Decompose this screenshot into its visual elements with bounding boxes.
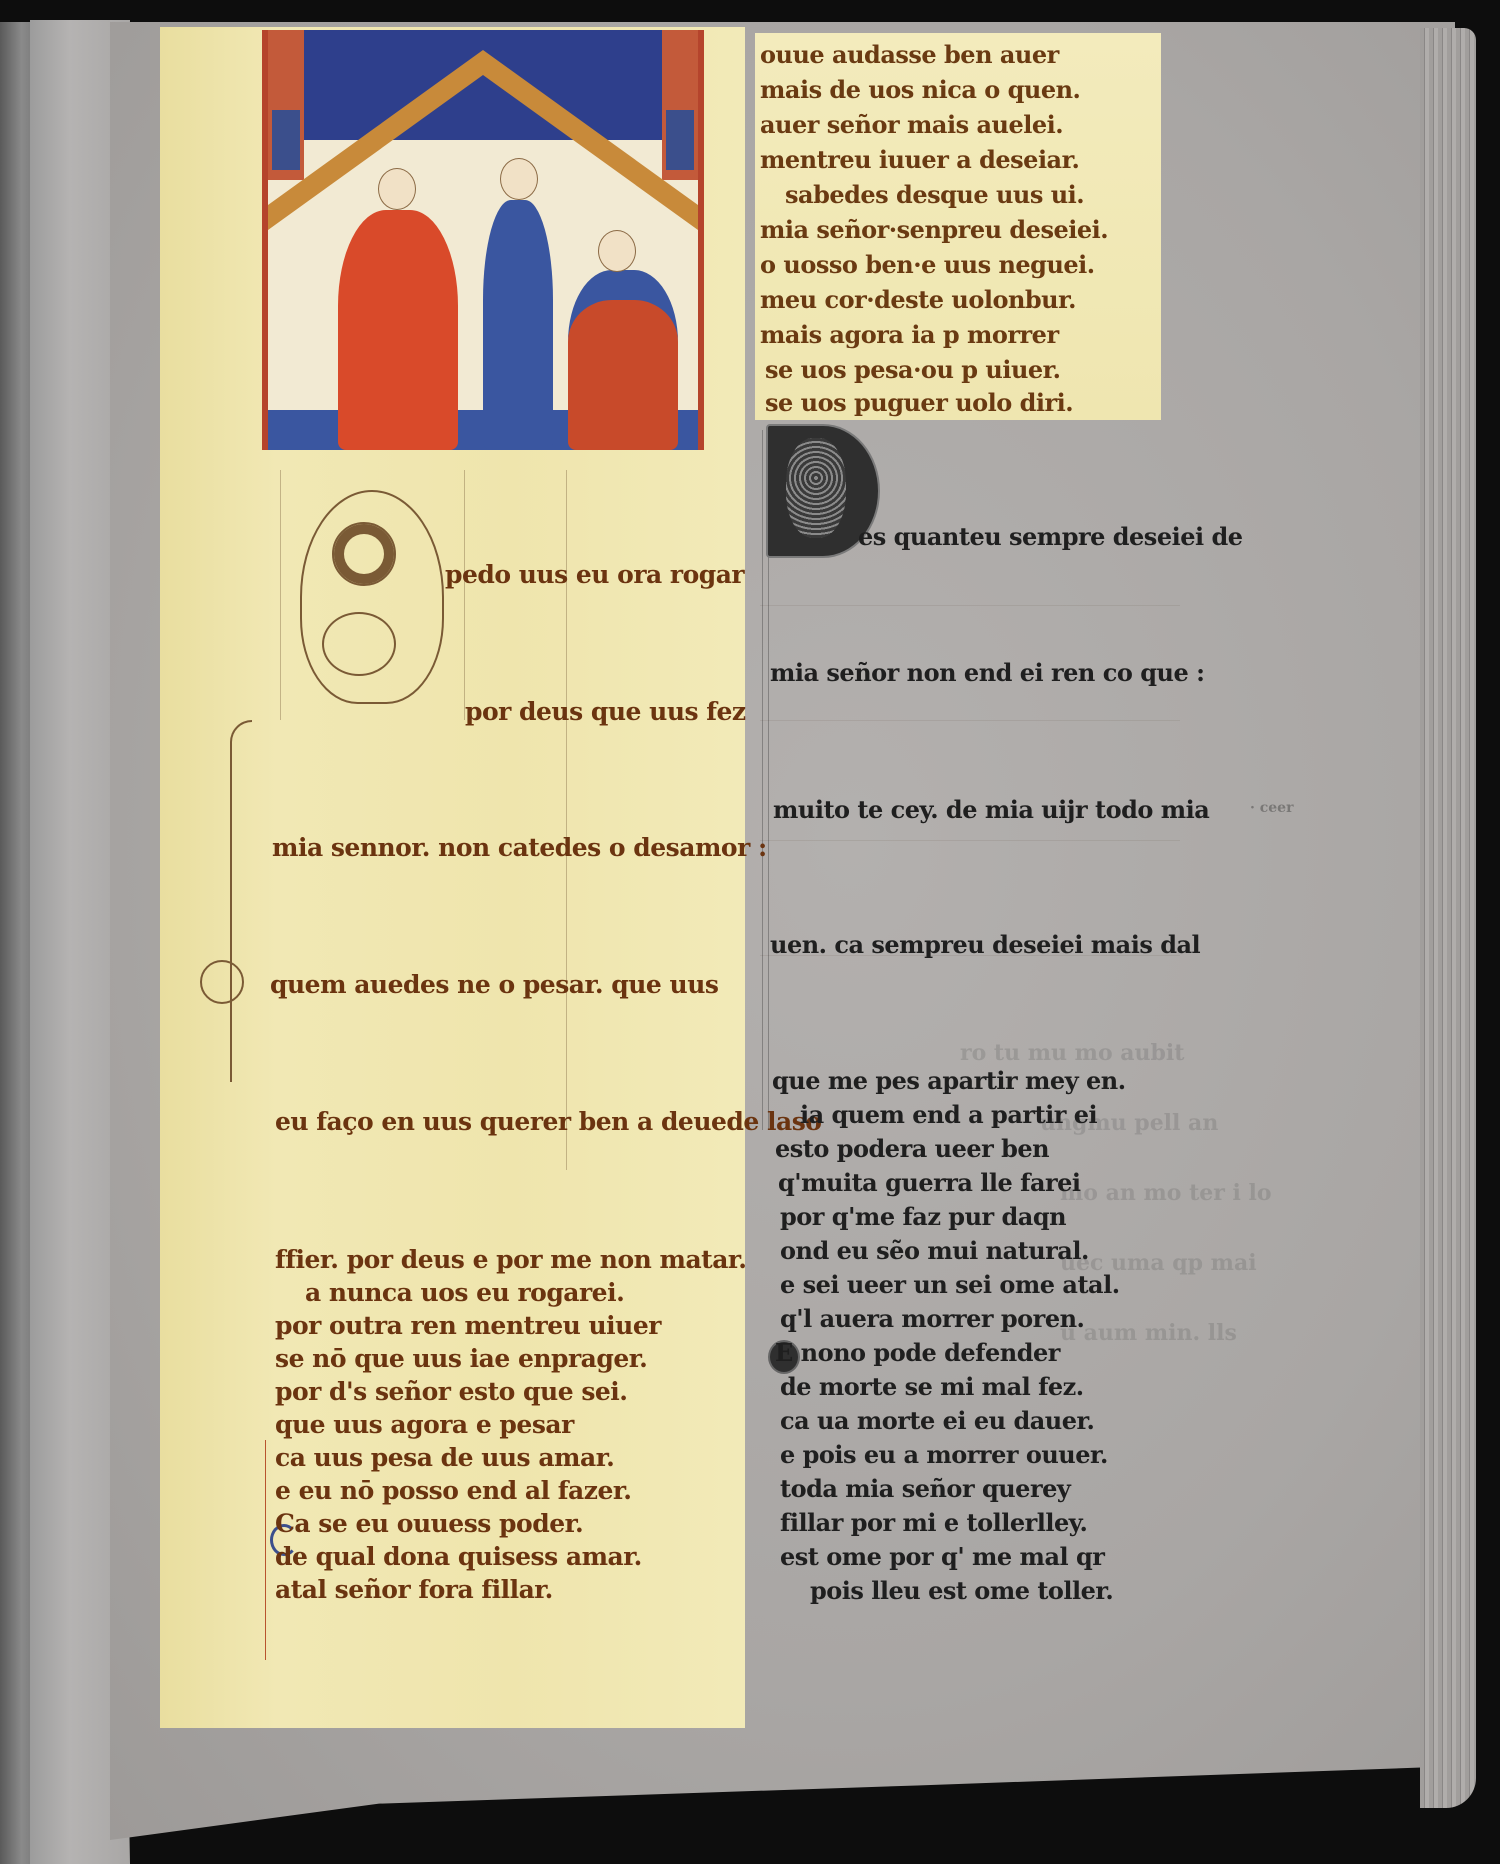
bleed-through-text: ro tu mu mo aubit — [960, 1040, 1184, 1066]
text-line: o uosso ben·e uus neguei. — [760, 250, 1095, 279]
page-edges — [1420, 28, 1476, 1808]
text-line: ouue audasse ben auer — [760, 40, 1059, 69]
text-line: q'muita guerra lle farei — [778, 1168, 1081, 1197]
text-line: meu cor·deste uolonbur. — [760, 285, 1076, 314]
manuscript-book: ro tu mu mo aubit ungmu pell an mo an mo… — [0, 0, 1500, 1864]
ruling-line — [760, 605, 1180, 606]
miniature-tower-right — [662, 30, 698, 180]
text-line: se uos pesa·ou p uiuer. — [765, 355, 1060, 384]
text-line: mais agora ia p morrer — [760, 320, 1059, 349]
text-line: eu faço en uus querer ben a deuede laso — [275, 1107, 821, 1136]
text-line: mentreu iuuer a deseiar. — [760, 145, 1079, 174]
text-line: esto podera ueer ben — [775, 1134, 1049, 1163]
decorated-initial-q — [300, 490, 444, 704]
figure-head — [598, 230, 636, 272]
text-line: est ome por q' me mal qr — [780, 1542, 1104, 1571]
red-margin-rule — [265, 1440, 266, 1660]
column-rule — [280, 470, 281, 720]
text-line: de morte se mi mal fez. — [780, 1372, 1084, 1401]
text-line: ca uus pesa de uus amar. — [275, 1443, 614, 1472]
text-line: es quanteu sempre deseiei de — [858, 522, 1243, 551]
text-line: ond eu sẽo mui natural. — [780, 1236, 1089, 1265]
text-line: por outra ren mentreu uiuer — [275, 1311, 661, 1340]
text-line: atal señor fora fillar. — [275, 1575, 553, 1604]
text-line: pedo uus eu ora rogar — [445, 560, 744, 589]
text-line: mais de uos nica o quen. — [760, 75, 1080, 104]
column-rule — [762, 430, 763, 1130]
figure-standing — [483, 200, 553, 450]
text-line: mia señor·senpreu deseiei. — [760, 215, 1108, 244]
text-line: por d's señor esto que sei. — [275, 1377, 628, 1406]
text-line: se uos puguer uolo diri. — [765, 388, 1073, 417]
ruling-line — [760, 840, 1180, 841]
miniature-sky — [268, 30, 698, 140]
text-line: sabedes desque uus ui. — [785, 180, 1084, 209]
figure-seated-king — [338, 210, 458, 450]
text-line: fillar por mi e tollerlley. — [780, 1508, 1087, 1537]
text-line: mia sennor. non catedes o desamor : — [272, 833, 767, 862]
text-line: ffier. por deus e por me non matar. — [275, 1245, 746, 1274]
text-line: quem auedes ne o pesar. que uus — [270, 970, 718, 999]
initial-flourish — [230, 720, 252, 1082]
figure-head — [500, 158, 538, 200]
illuminated-miniature — [262, 30, 704, 450]
text-line: Ca se eu ouuess poder. — [275, 1509, 583, 1538]
text-line: auer señor mais auelei. — [760, 110, 1063, 139]
text-line: muito te cey. de mia uijr todo mia — [773, 795, 1209, 824]
text-line: que uus agora e pesar — [275, 1410, 574, 1439]
figure-head — [378, 168, 416, 210]
text-line: se nō que uus iae enprager. — [275, 1344, 647, 1373]
text-line: mia señor non end ei ren co que : — [770, 658, 1204, 687]
miniature-tower-left — [268, 30, 304, 180]
text-line: uen. ca sempreu deseiei mais dal — [770, 930, 1200, 959]
text-line: de qual dona quisess amar. — [275, 1542, 642, 1571]
column-rule — [464, 470, 465, 720]
text-line: a nunca uos eu rogarei. — [305, 1278, 624, 1307]
text-line: e eu nō posso end al fazer. — [275, 1476, 631, 1505]
text-line: toda mia señor querey — [780, 1474, 1070, 1503]
text-line: por q'me faz pur daqn — [780, 1202, 1066, 1231]
text-line: ca ua morte ei eu dauer. — [780, 1406, 1094, 1435]
text-line: e sei ueer un sei ome atal. — [780, 1270, 1120, 1299]
text-line: E nono pode defender — [775, 1338, 1060, 1367]
figure-kneeling — [568, 270, 678, 450]
text-line: e pois eu a morrer ouuer. — [780, 1440, 1108, 1469]
text-line: ia quem end a partir ei — [800, 1100, 1097, 1129]
ruling-line — [760, 720, 1180, 721]
text-line: que me pes apartir mey en. — [772, 1066, 1126, 1095]
bleed-through-text: mo an mo ter i lo — [1060, 1180, 1272, 1206]
margin-note: · ceer — [1250, 800, 1293, 816]
text-line: pois lleu est ome toller. — [810, 1576, 1113, 1605]
text-line: por deus que uus fez — [465, 697, 746, 726]
bleed-through-text: u aum min. lls — [1060, 1320, 1237, 1346]
initial-flourish-spiral — [200, 960, 244, 1004]
text-line: q'l auera morrer poren. — [780, 1304, 1084, 1333]
